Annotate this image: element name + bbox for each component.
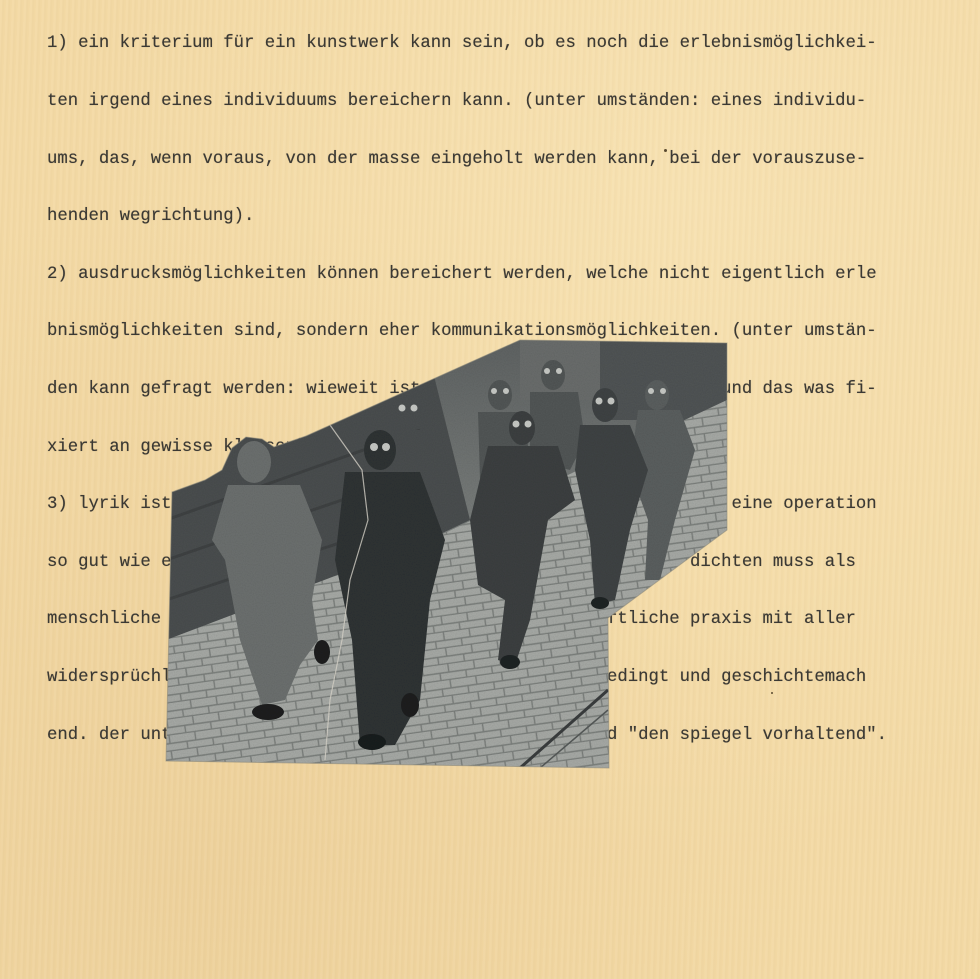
paper-speck — [771, 692, 773, 694]
gas-mask-runners-photo-clipping — [0, 0, 980, 979]
paper-speck — [664, 149, 667, 152]
document-page: 1) ein kriterium für ein kunstwerk kann … — [0, 0, 980, 979]
